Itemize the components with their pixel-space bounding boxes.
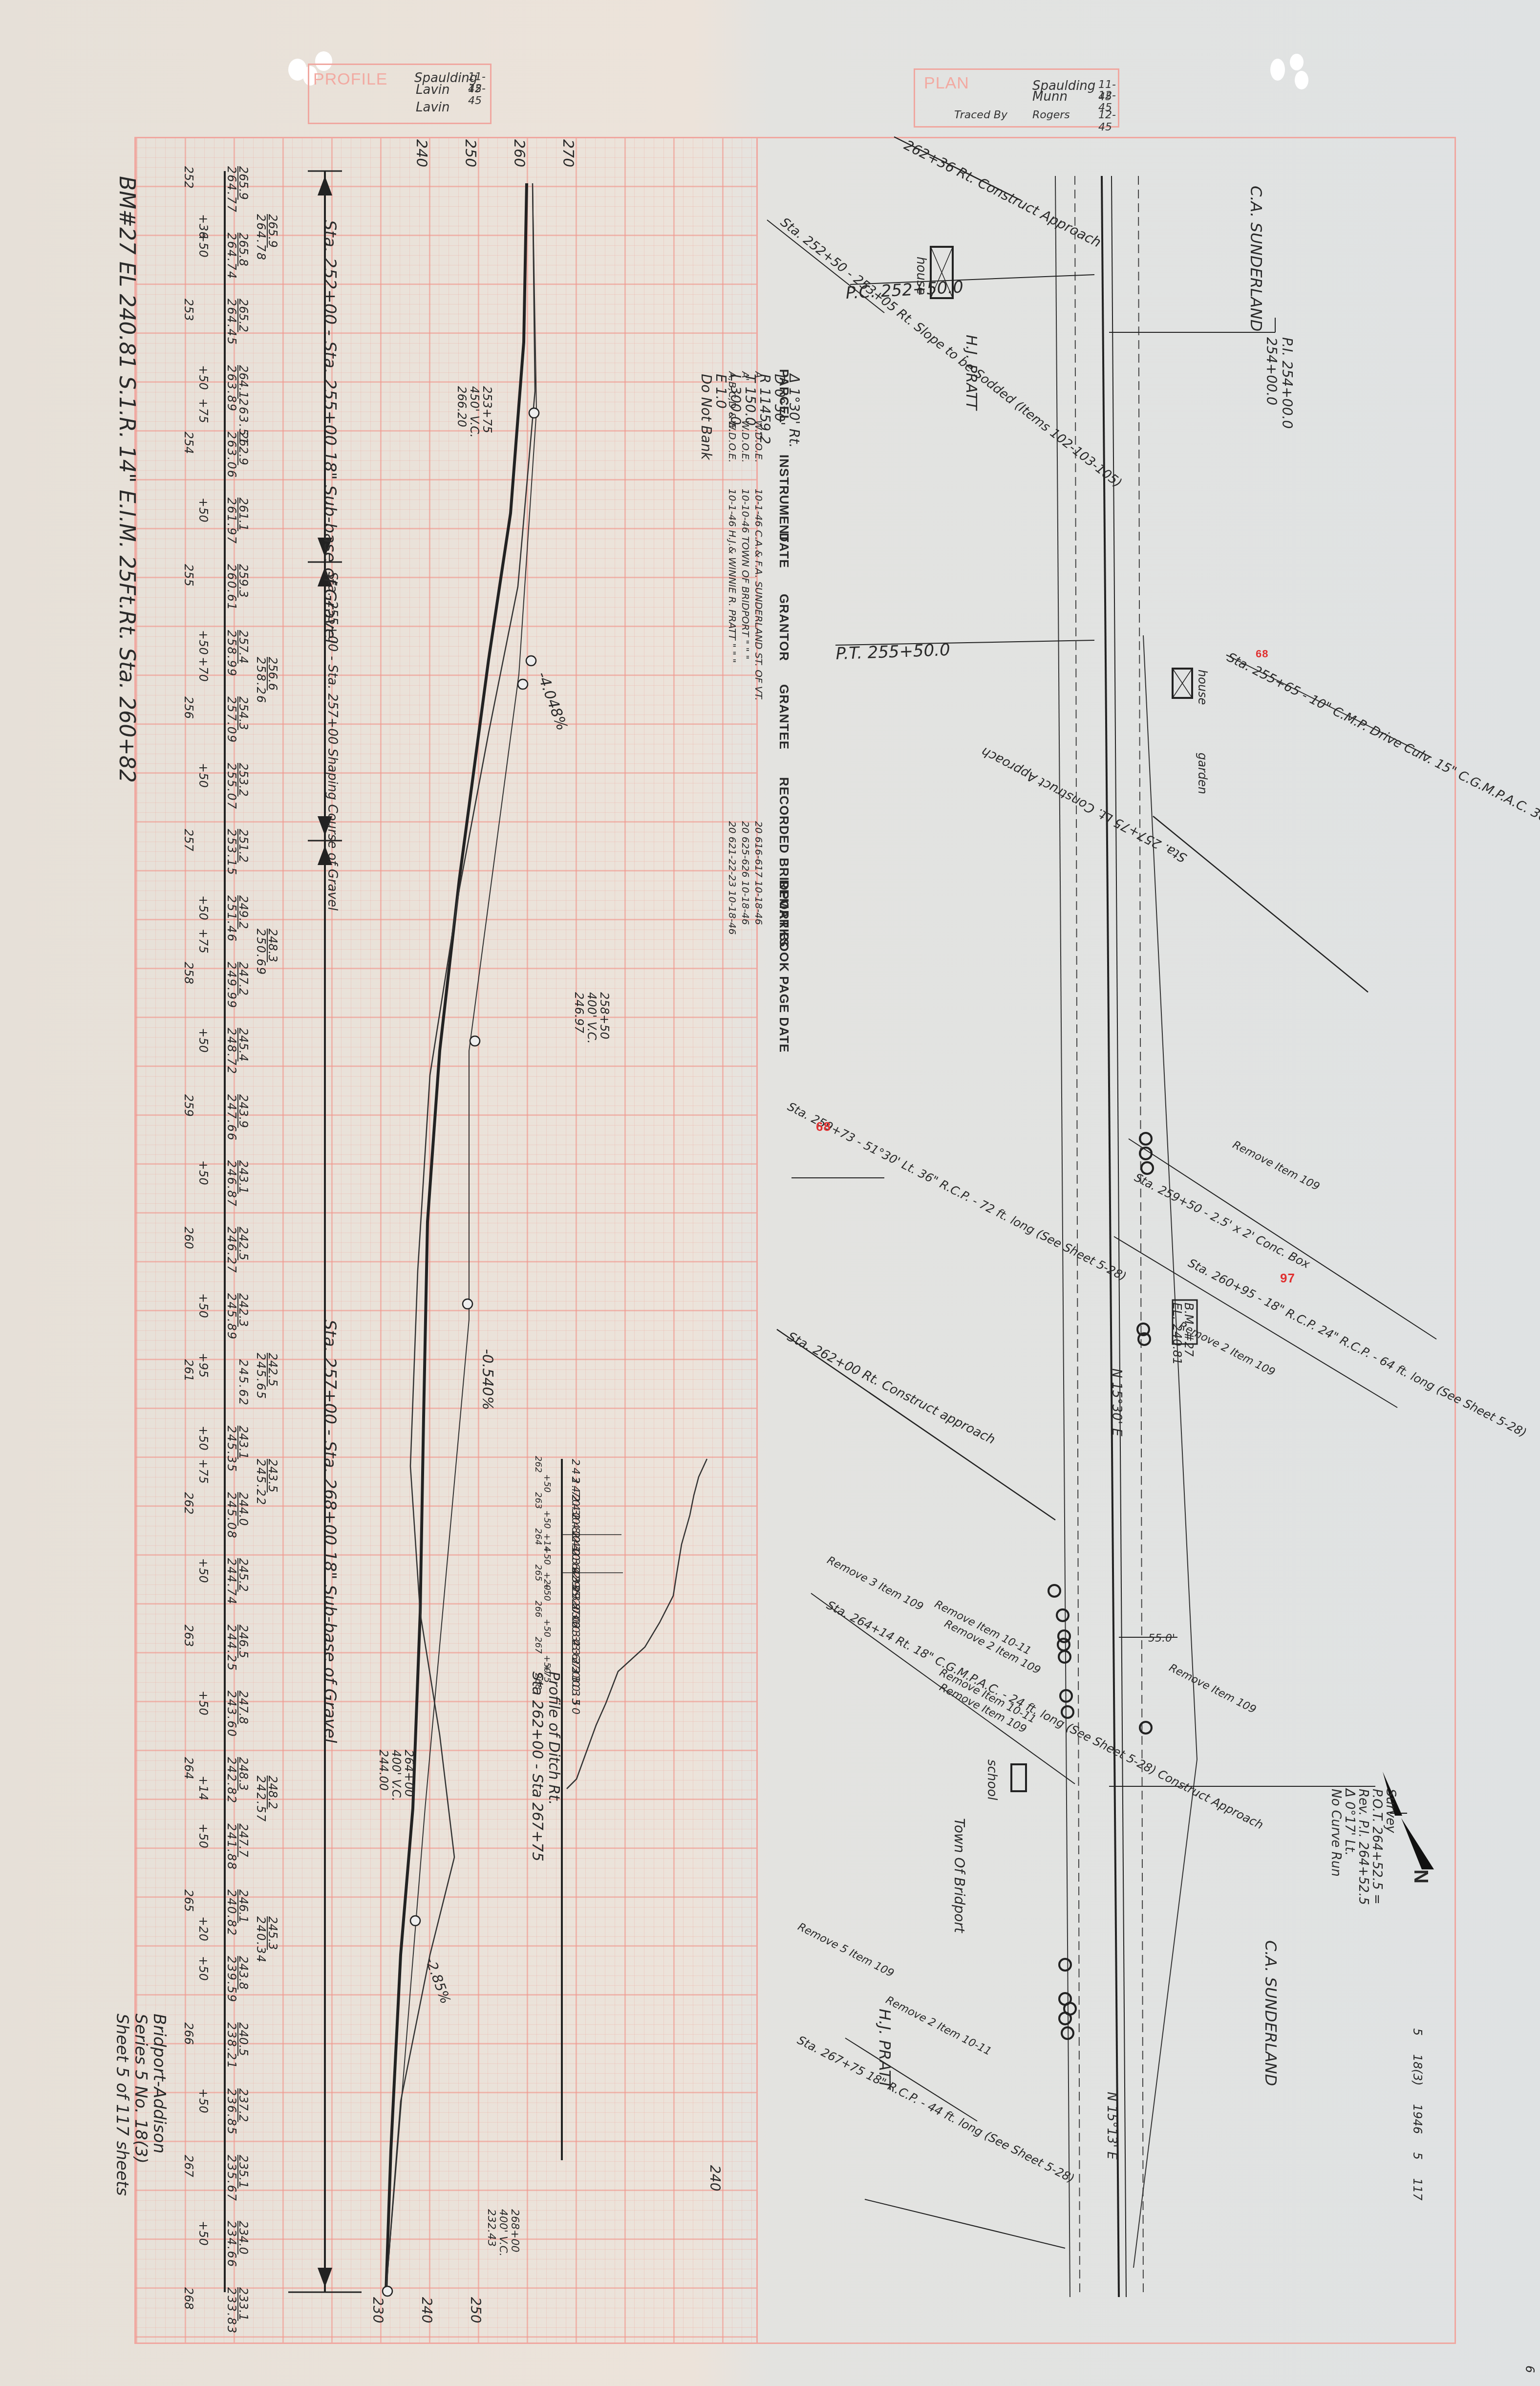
row-table-cell: 20 621-22-23 10-18-46 bbox=[727, 821, 738, 934]
ground-elev: 242.3 bbox=[237, 1293, 249, 1340]
grade-elev: 242.82 bbox=[226, 1757, 237, 1804]
station-elevations: 234.0234.66 bbox=[226, 2221, 249, 2268]
ground-elev: 265.2 bbox=[237, 299, 249, 346]
grade-elev: 245.35 bbox=[226, 1426, 237, 1473]
grade-elev: 239.59 bbox=[226, 1956, 237, 2003]
ditch-station: +50 bbox=[542, 1546, 552, 1565]
vc-note: 268+00 400' V.C. 232.43 bbox=[485, 2209, 520, 2256]
elevation-axis-label: 260 bbox=[511, 139, 528, 167]
gravel-note: Sta. 255+00 - Sta. 257+00 Shaping Course… bbox=[325, 572, 340, 911]
station-elevations: 253.2255.07 bbox=[226, 763, 249, 810]
row-table-header: DATE bbox=[776, 533, 791, 568]
ground-elev: 243.9 bbox=[237, 1094, 249, 1141]
station-label: +50 bbox=[196, 1691, 210, 1715]
ditch-axis-label: 240 bbox=[707, 2165, 723, 2191]
row-table-cell: 10-1-46 H.J.& WINNIE R. PRATT " " " bbox=[727, 489, 738, 663]
row-table-cell: W.D.O.E. bbox=[740, 420, 751, 463]
grade-elev: 245.62 bbox=[237, 1359, 249, 1406]
ditch-station: 267 bbox=[533, 1637, 543, 1653]
ground-elev: 237.2 bbox=[237, 2088, 249, 2135]
station-elevations: 257.4258.99 bbox=[226, 630, 249, 677]
row-table-cell: 10-10-46 TOWN OF BRIDPORT " " " bbox=[740, 489, 751, 659]
station-label: +50 bbox=[196, 1558, 210, 1583]
station-elevations: 245.62 bbox=[237, 1359, 249, 1406]
grade-elev: 238.21 bbox=[226, 2022, 237, 2069]
grade-elev: 236.85 bbox=[226, 2088, 237, 2135]
station-elevations: 244.0245.08 bbox=[226, 1492, 249, 1539]
ground-elev: 253.2 bbox=[237, 763, 249, 810]
ground-elev: 235.1 bbox=[237, 2155, 249, 2202]
ditch-station: 262 bbox=[533, 1456, 543, 1473]
ground-elev: 265.9 bbox=[237, 166, 249, 213]
station-elevations: 248.3250.69 bbox=[255, 929, 278, 976]
station-label: +50 bbox=[196, 1426, 210, 1451]
station-label: +14 bbox=[196, 1776, 210, 1800]
station-elevations: 237.2236.85 bbox=[226, 2088, 249, 2135]
grade-elev: 253.15 bbox=[226, 829, 237, 876]
sheet-note: Bridport-Addison Series 5 No. 18(3) Shee… bbox=[113, 2014, 169, 2196]
owner-label: C.A. SUNDERLAND bbox=[1247, 186, 1265, 331]
station-label: 268 bbox=[182, 2287, 195, 2310]
row-table-header: INSTRUMENT bbox=[776, 455, 791, 542]
station-elevations: 247.8243.60 bbox=[226, 1691, 249, 1737]
ditch-station: +50 bbox=[542, 1474, 552, 1493]
station-elevations: 248.3242.82 bbox=[226, 1757, 249, 1804]
station-elevations: 261.1261.97 bbox=[226, 498, 249, 544]
grade-elev: 251.46 bbox=[226, 895, 237, 942]
owner-label: C.A. SUNDERLAND bbox=[1262, 1940, 1280, 2086]
grade-elev: 243.60 bbox=[226, 1691, 237, 1737]
vc-note: 258+50 400' V.C. 246.97 bbox=[573, 992, 611, 1044]
ditch-station: +50 bbox=[542, 1619, 552, 1637]
station-elevations: 242.5246.27 bbox=[226, 1227, 249, 1274]
elevation-axis-label: 240 bbox=[413, 139, 430, 167]
station-elevations: 248.2242.57 bbox=[255, 1776, 278, 1822]
ground-elev: 242.5 bbox=[267, 1353, 278, 1400]
grade-elev: 263.06 bbox=[226, 432, 237, 478]
station-label: 260 bbox=[182, 1227, 195, 1249]
station-label: +70 bbox=[196, 657, 210, 682]
grade-elev: 245.89 bbox=[226, 1293, 237, 1340]
station-elevations: 249.2251.46 bbox=[226, 895, 249, 942]
elevation-axis-label: 250 bbox=[462, 139, 479, 167]
ground-elev: 247.7 bbox=[237, 1823, 249, 1870]
benchmark-note: BM#27 EL 240.81 S.1.R. 14" E.I.M. 25Ft.R… bbox=[114, 176, 139, 783]
ground-elev: 245.2 bbox=[237, 1558, 249, 1605]
grade-elev: 258.26 bbox=[255, 657, 267, 704]
station-label: +50 bbox=[196, 2088, 210, 2113]
station-elevations: 243.1246.87 bbox=[226, 1160, 249, 1207]
grade-elev: 249.99 bbox=[226, 962, 237, 1009]
ground-elev: 245.3 bbox=[267, 1916, 278, 1963]
station-elevations: 265.9264.77 bbox=[226, 166, 249, 213]
ground-elev: 244.0 bbox=[237, 1492, 249, 1539]
station-label: +75 bbox=[196, 398, 210, 423]
row-table-cell: 20 625-626 10-18-46 bbox=[740, 821, 751, 925]
station-label: +50 bbox=[196, 630, 210, 655]
row-table-cell: A bbox=[753, 371, 765, 378]
corner-mark: 6 bbox=[1523, 2365, 1537, 2373]
bearing-label: N 15°30' E bbox=[1109, 1368, 1124, 1436]
station-elevations: 254.3257.09 bbox=[226, 696, 249, 743]
ground-elev: 247.8 bbox=[237, 1691, 249, 1737]
elevation-axis-label: 250 bbox=[468, 2297, 484, 2323]
house-label: house bbox=[1196, 670, 1209, 705]
ground-elev: 245.4 bbox=[237, 1028, 249, 1075]
station-label: +50 bbox=[196, 1293, 210, 1318]
station-elevations: 245.3240.34 bbox=[255, 1916, 278, 1963]
station-elevations: 256.6258.26 bbox=[255, 657, 278, 704]
grade-elev: 240.34 bbox=[255, 1916, 267, 1963]
ground-elev: 247.2 bbox=[237, 962, 249, 1009]
grade-elev: 250.69 bbox=[255, 929, 267, 976]
ground-elev: 254.3 bbox=[237, 696, 249, 743]
ground-elev: 243.1 bbox=[237, 1160, 249, 1207]
grade-elev: 245.08 bbox=[226, 1492, 237, 1539]
grade-elev: 264.45 bbox=[226, 299, 237, 346]
ground-elev: 243.5 bbox=[267, 1459, 278, 1506]
grade-elev: 235.67 bbox=[226, 2155, 237, 2202]
dimension-label: 55.0' bbox=[1148, 1632, 1175, 1645]
red-correction: 68 bbox=[1256, 648, 1268, 660]
station-label: 264 bbox=[182, 1757, 195, 1779]
pt-label: P.T. 255+50.0 bbox=[835, 640, 950, 664]
grade-elev: 257.09 bbox=[226, 696, 237, 743]
row-table-header: PARCEL bbox=[776, 369, 791, 423]
station-label: 262 bbox=[182, 1492, 195, 1515]
grade-elev: 240.82 bbox=[226, 1889, 237, 1936]
poi-note: Survey P.O.T. 264+52.5 = Rev. P.I. 264+5… bbox=[1329, 1789, 1397, 1905]
station-label: 261 bbox=[182, 1359, 195, 1382]
ditch-station: 263 bbox=[533, 1492, 543, 1509]
grade-elev: 264.74 bbox=[226, 233, 237, 280]
grade-label: -0.540% bbox=[479, 1349, 496, 1410]
station-label: 257 bbox=[182, 829, 195, 851]
row-table-cell: 20 616-617 10-18-46 bbox=[753, 821, 765, 925]
station-elevations: 245.4248.72 bbox=[226, 1028, 249, 1075]
elevation-axis-label: 240 bbox=[419, 2297, 435, 2323]
ground-elev: 246.1 bbox=[237, 1889, 249, 1936]
station-label: 258 bbox=[182, 962, 195, 984]
station-elevations: 243.1245.35 bbox=[226, 1426, 249, 1473]
station-label: +50 bbox=[196, 365, 210, 390]
station-label: 263 bbox=[182, 1625, 195, 1647]
red-correction: 68 bbox=[816, 1119, 831, 1134]
ground-elev: 249.2 bbox=[237, 895, 249, 942]
station-elevations: 265.8264.74 bbox=[226, 233, 249, 280]
ground-elev: 248.3 bbox=[267, 929, 278, 976]
station-label: +50 bbox=[196, 233, 210, 258]
station-elevations: 233.1233.83 bbox=[226, 2287, 249, 2334]
ground-elev: 240.5 bbox=[237, 2022, 249, 2069]
bearing-label: N 15°13' E bbox=[1104, 2092, 1119, 2160]
grade-elev: 233.83 bbox=[226, 2287, 237, 2334]
station-elevations: 246.5244.25 bbox=[226, 1625, 249, 1671]
ground-elev: 233.1 bbox=[237, 2287, 249, 2334]
station-elevations: 243.9247.66 bbox=[226, 1094, 249, 1141]
station-label: 254 bbox=[182, 432, 195, 454]
ditch-station: 266 bbox=[533, 1601, 543, 1617]
grade-elev: 247.66 bbox=[226, 1094, 237, 1141]
row-table-cell: W.D.O.E. bbox=[753, 420, 765, 463]
ground-elev: 242.5 bbox=[237, 1227, 249, 1274]
station-elevations: 247.2249.99 bbox=[226, 962, 249, 1009]
station-label: +50 bbox=[196, 1823, 210, 1848]
station-label: +50 bbox=[196, 1160, 210, 1185]
row-table-header: GRANTEE bbox=[776, 684, 791, 750]
ditch-title: Profile of Ditch Rt. Sta 262+00 - Sta 26… bbox=[529, 1671, 562, 1862]
ditch-station: +50 bbox=[542, 1583, 552, 1601]
ground-elev: 265.9 bbox=[267, 214, 278, 261]
station-label: +50 bbox=[196, 498, 210, 522]
station-label: 256 bbox=[182, 696, 195, 719]
station-elevations: 235.1235.67 bbox=[226, 2155, 249, 2202]
grade-elev: 234.66 bbox=[226, 2221, 237, 2268]
grade-elev: 246.27 bbox=[226, 1227, 237, 1274]
ground-elev: 259.3 bbox=[237, 564, 249, 611]
station-elevations: 246.1240.82 bbox=[226, 1889, 249, 1936]
station-label: 265 bbox=[182, 1889, 195, 1912]
pi-label: P.I. 254+00.0 254+00.0 bbox=[1263, 337, 1295, 429]
station-label: +50 bbox=[196, 763, 210, 788]
grade-elev: 264.77 bbox=[226, 166, 237, 213]
station-elevations: 243.5245.22 bbox=[255, 1459, 278, 1506]
station-elevations: 251.2253.15 bbox=[226, 829, 249, 876]
grade-elev: 255.07 bbox=[226, 763, 237, 810]
grade-elev: 264.78 bbox=[255, 214, 267, 261]
row-table-cell: W.D.O.E. bbox=[727, 420, 738, 463]
garden-label: garden bbox=[1196, 753, 1209, 794]
row-table-cell: A' bbox=[740, 371, 751, 381]
grade-elev: 263.89 bbox=[226, 365, 237, 412]
ground-elev: 246.5 bbox=[237, 1625, 249, 1671]
ground-elev: 262.9 bbox=[237, 432, 249, 478]
ground-elev: 243.1 bbox=[237, 1426, 249, 1473]
elevation-axis-label: 230 bbox=[370, 2297, 386, 2323]
station-elevations: 245.2244.74 bbox=[226, 1558, 249, 1605]
row-table-header: GRANTOR bbox=[776, 594, 791, 661]
station-elevations: 247.7241.88 bbox=[226, 1823, 249, 1870]
ditch-elev: 230.50 bbox=[569, 1667, 581, 1716]
station-label: 259 bbox=[182, 1094, 195, 1117]
gravel-note: Sta. 257+00 - Sta. 268+00 18" Sub-base o… bbox=[320, 1320, 340, 1743]
station-label: +75 bbox=[196, 929, 210, 954]
ground-elev: 248.3 bbox=[237, 1757, 249, 1804]
sheet-stamp: 5 18(3) 1946 5 117 bbox=[1411, 2028, 1424, 2201]
ground-elev: 256.6 bbox=[267, 657, 278, 704]
station-label: +50 bbox=[196, 2221, 210, 2246]
grade-elev: 242.57 bbox=[255, 1776, 267, 1822]
ground-elev: 261.1 bbox=[237, 498, 249, 544]
grade-elev: 246.87 bbox=[226, 1160, 237, 1207]
grade-elev: 260.61 bbox=[226, 564, 237, 611]
station-label: +75 bbox=[196, 1459, 210, 1484]
row-table-header: REMARKS bbox=[776, 880, 791, 947]
school-label: school bbox=[984, 1759, 999, 1800]
station-label: 255 bbox=[182, 564, 195, 586]
elevation-axis-label: 270 bbox=[559, 139, 577, 167]
grade-elev: 261.97 bbox=[226, 498, 237, 544]
station-label: +50 bbox=[196, 895, 210, 920]
row-table-cell: 10-1-46 C.A.& F.A. SUNDERLAND ST. OF VT. bbox=[753, 489, 765, 701]
station-label: 266 bbox=[182, 2022, 195, 2045]
station-elevations: 265.9264.78 bbox=[255, 214, 278, 261]
station-elevations: 259.3260.61 bbox=[226, 564, 249, 611]
station-elevations: 262.9263.06 bbox=[226, 432, 249, 478]
north-arrow-label: N bbox=[1410, 1869, 1432, 1884]
grade-elev: 248.72 bbox=[226, 1028, 237, 1075]
station-label: +50 bbox=[196, 1956, 210, 1981]
station-label: +95 bbox=[196, 1353, 210, 1378]
station-elevations: 242.5245.65 bbox=[255, 1353, 278, 1400]
ground-elev: 234.0 bbox=[237, 2221, 249, 2268]
grade-elev: 245.65 bbox=[255, 1353, 267, 1400]
ground-elev: 265.8 bbox=[237, 233, 249, 280]
ditch-station: +75 bbox=[542, 1664, 552, 1683]
grade-elev: 241.88 bbox=[226, 1823, 237, 1870]
drawing-sheet: PROFILE Spaulding 11-45 Lavin 12-45 Lavi… bbox=[0, 0, 1540, 2386]
ditch-station: 268 bbox=[533, 1673, 543, 1690]
ditch-station: +50 bbox=[542, 1510, 552, 1529]
ground-elev: 243.8 bbox=[237, 1956, 249, 2003]
grade-elev: 244.74 bbox=[226, 1558, 237, 1605]
house-label: house bbox=[914, 257, 928, 295]
station-label: 253 bbox=[182, 299, 195, 321]
station-label: 267 bbox=[182, 2155, 195, 2177]
grade-elev: 258.99 bbox=[226, 630, 237, 677]
vc-note: 253+75 450' V.C. 266.20 bbox=[455, 386, 493, 438]
station-label: +50 bbox=[196, 1028, 210, 1053]
vc-note: 264+00 400' V.C. 244.00 bbox=[377, 1750, 415, 1801]
ground-elev: 248.2 bbox=[267, 1776, 278, 1822]
station-elevations: 242.3245.89 bbox=[226, 1293, 249, 1340]
station-label: +20 bbox=[196, 1916, 210, 1941]
owner-label: Town Of Bridport bbox=[951, 1818, 967, 1933]
red-correction: 97 bbox=[1280, 1271, 1295, 1286]
grade-elev: 244.25 bbox=[226, 1625, 237, 1671]
station-label: 252 bbox=[182, 166, 195, 189]
grade-elev: 245.22 bbox=[255, 1459, 267, 1506]
ground-elev: 257.4 bbox=[237, 630, 249, 677]
ground-elev: 251.2 bbox=[237, 829, 249, 876]
station-elevations: 240.5238.21 bbox=[226, 2022, 249, 2069]
station-elevations: 243.8239.59 bbox=[226, 1956, 249, 2003]
station-elevations: 265.2264.45 bbox=[226, 299, 249, 346]
